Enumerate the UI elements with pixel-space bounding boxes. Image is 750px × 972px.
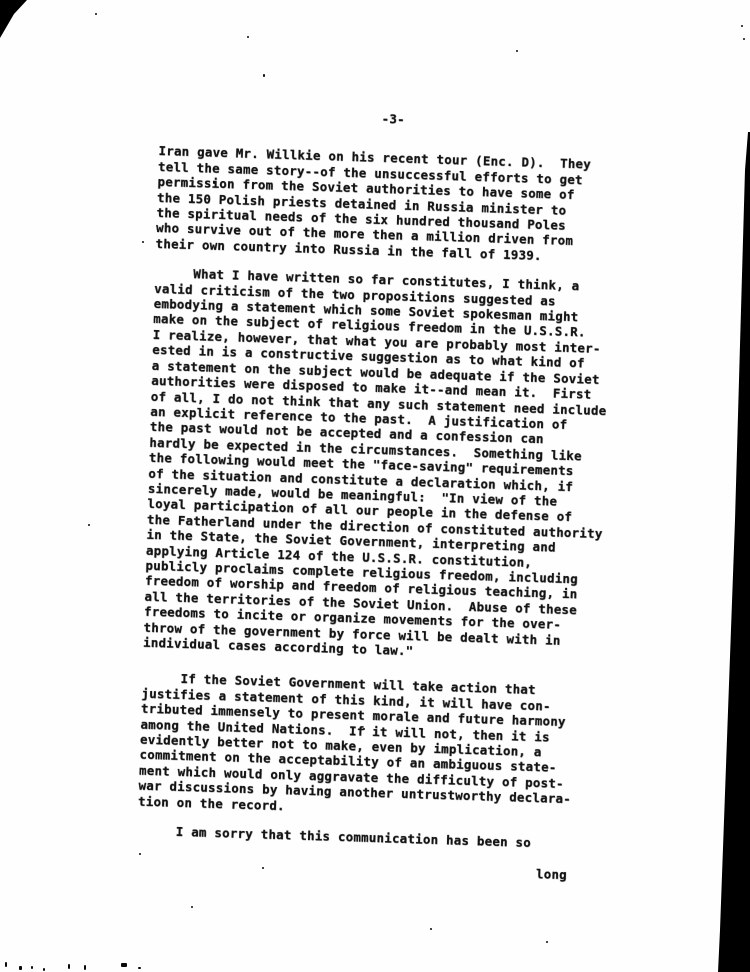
scan-speck	[743, 38, 745, 40]
scan-speck	[31, 966, 33, 969]
catchword-long: long	[136, 854, 636, 885]
scan-speck	[19, 966, 22, 970]
scan-speck	[363, 728, 365, 730]
scan-speck	[142, 241, 144, 243]
paragraph-constructive-suggestion: What I have written so far constitutes, …	[143, 265, 655, 666]
scan-speck	[741, 25, 743, 27]
scan-speck	[516, 50, 518, 52]
scan-speck	[121, 963, 127, 967]
paragraph-soviet-government-action: If the Soviet Government will take actio…	[138, 670, 642, 824]
scan-edge-artifact	[706, 0, 750, 972]
scan-speck	[139, 853, 141, 855]
scanned-letter-page: -3- Iran gave Mr. Willkie on his recent …	[0, 0, 750, 972]
scan-speck	[43, 968, 45, 971]
scan-speck	[247, 36, 249, 38]
scan-speck	[430, 928, 432, 930]
scan-speck	[191, 906, 193, 908]
scan-speck	[68, 964, 70, 969]
scan-speck	[88, 524, 90, 526]
scan-speck	[138, 967, 141, 969]
scan-speck	[84, 965, 86, 970]
scan-speck	[546, 941, 548, 943]
scan-speck	[213, 181, 215, 184]
scan-speck	[95, 13, 97, 15]
scan-speck	[262, 867, 264, 869]
scan-speck	[5, 962, 7, 967]
typewritten-text-block: -3- Iran gave Mr. Willkie on his recent …	[136, 104, 660, 885]
paragraph-iran-willkie: Iran gave Mr. Willkie on his recent tour…	[155, 143, 658, 266]
paragraph-apology: I am sorry that this communication has b…	[137, 823, 637, 854]
scan-speck	[263, 74, 265, 77]
page-number: -3-	[160, 104, 660, 135]
scan-corner-artifact	[0, 0, 40, 44]
